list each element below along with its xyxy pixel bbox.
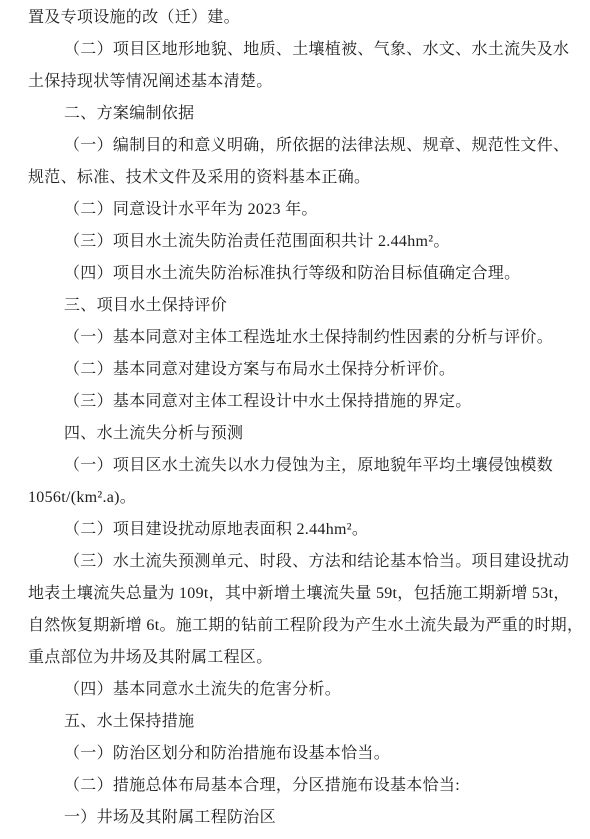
- paragraph-line: （一）编制目的和意义明确，所依据的法律法规、规章、规范性文件、: [28, 130, 570, 162]
- paragraph-line: （二）同意设计水平年为 2023 年。: [28, 194, 570, 226]
- continuation-line: 1056t/(km².a)。: [28, 482, 570, 514]
- heading-line: 二、方案编制依据: [28, 98, 570, 130]
- paragraph-line: （四）基本同意水土流失的危害分析。: [28, 674, 570, 706]
- heading-line: 三、项目水土保持评价: [28, 290, 570, 322]
- paragraph-line: （三）水土流失预测单元、时段、方法和结论基本恰当。项目建设扰动: [28, 546, 570, 578]
- continuation-line: 地表土壤流失总量为 109t，其中新增土壤流失量 59t，包括施工期新增 53t…: [28, 578, 570, 610]
- paragraph-line: （一）防治区划分和防治措施布设基本恰当。: [28, 738, 570, 770]
- document-page: 置及专项设施的改（迁）建。（二）项目区地形地貌、地质、土壤植被、气象、水文、水土…: [0, 0, 590, 839]
- continuation-line: 土保持现状等情况阐述基本清楚。: [28, 66, 570, 98]
- paragraph-line: （二）基本同意对建设方案与布局水土保持分析评价。: [28, 354, 570, 386]
- paragraph-line: （一）项目区水土流失以水力侵蚀为主，原地貌年平均土壤侵蚀模数: [28, 450, 570, 482]
- paragraph-line: （四）项目水土流失防治标准执行等级和防治目标值确定合理。: [28, 258, 570, 290]
- paragraph-line: （二）项目区地形地貌、地质、土壤植被、气象、水文、水土流失及水: [28, 34, 570, 66]
- paragraph-line: （一）基本同意对主体工程选址水土保持制约性因素的分析与评价。: [28, 322, 570, 354]
- continuation-line: 规范、标准、技术文件及采用的资料基本正确。: [28, 162, 570, 194]
- paragraph-line: 一）井场及其附属工程防治区: [28, 802, 570, 834]
- heading-line: 五、水土保持措施: [28, 706, 570, 738]
- paragraph-line: （二）措施总体布局基本合理，分区措施布设基本恰当:: [28, 770, 570, 802]
- continuation-line: 置及专项设施的改（迁）建。: [28, 2, 570, 34]
- continuation-line: 自然恢复期新增 6t。施工期的钻前工程阶段为产生水土流失最为严重的时期，: [28, 610, 570, 642]
- paragraph-line: （三）项目水土流失防治责任范围面积共计 2.44hm²。: [28, 226, 570, 258]
- continuation-line: 重点部位为井场及其附属工程区。: [28, 642, 570, 674]
- paragraph-line: （三）基本同意对主体工程设计中水土保持措施的界定。: [28, 386, 570, 418]
- paragraph-line: （二）项目建设扰动原地表面积 2.44hm²。: [28, 514, 570, 546]
- heading-line: 四、水土流失分析与预测: [28, 418, 570, 450]
